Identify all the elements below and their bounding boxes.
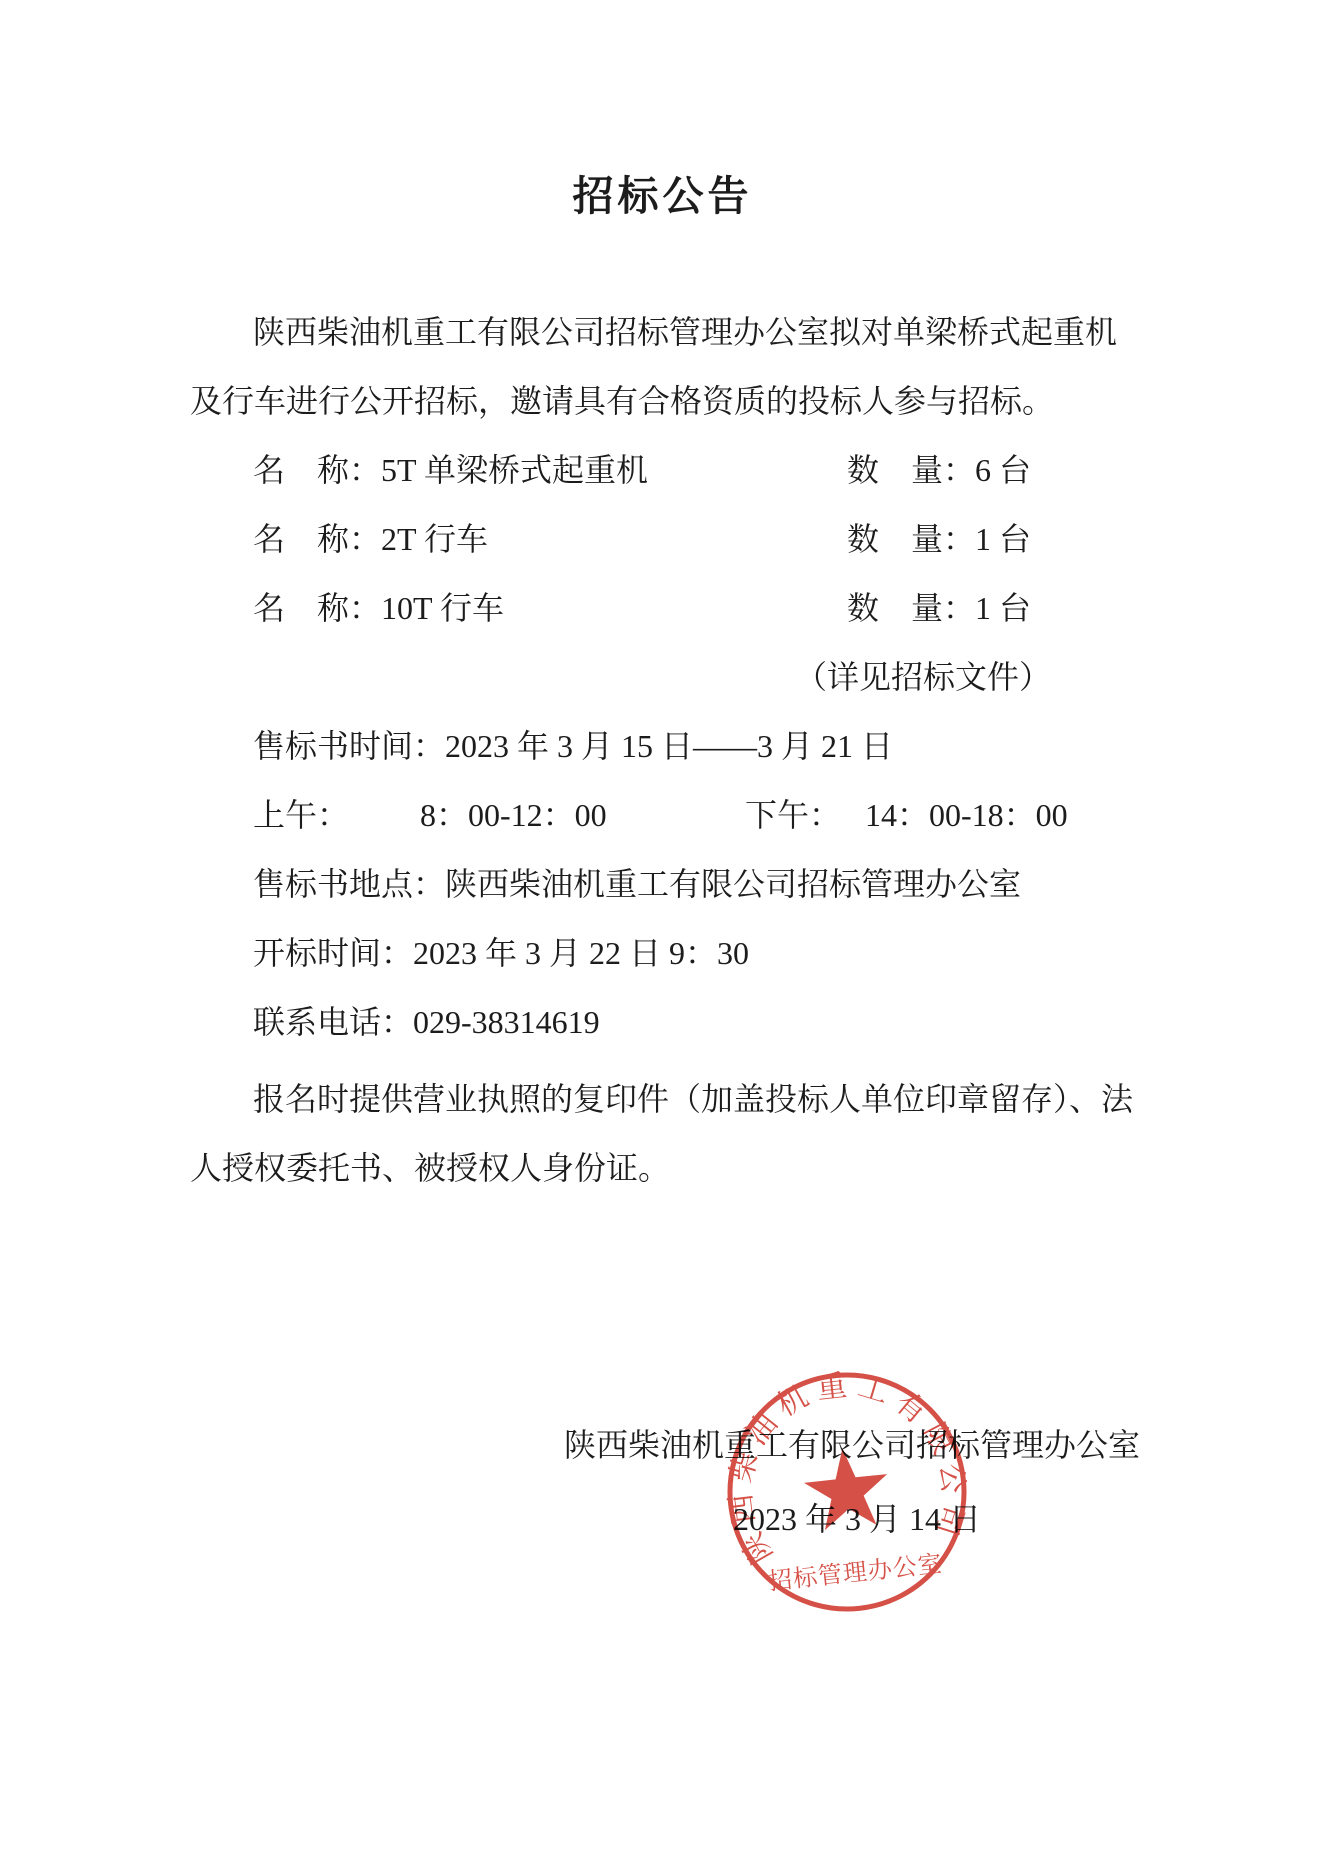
item-name: 名 称：5T 单梁桥式起重机 xyxy=(253,451,648,489)
item-quantity: 数 量：1 台 xyxy=(847,520,1031,558)
item-name: 名 称：10T 行车 xyxy=(253,589,504,627)
morning-label: 上午： xyxy=(253,796,349,834)
morning-time: 8：00-12：00 xyxy=(420,796,607,834)
page-title: 招标公告 xyxy=(190,163,1135,222)
sale-place-line: 售标书地点：陕西柴油机重工有限公司招标管理办公室 xyxy=(253,865,1021,903)
open-time-line: 开标时间：2023 年 3 月 22 日 9：30 xyxy=(253,934,749,972)
official-seal-graphic: 陕西柴油机重工有限公司 招标管理办公室 xyxy=(704,1349,990,1635)
item-name: 名 称：2T 行车 xyxy=(253,520,488,558)
requirements-line-1: 报名时提供营业执照的复印件（加盖投标人单位印章留存）、法 xyxy=(253,1080,1133,1118)
seal-star xyxy=(801,1444,892,1532)
afternoon-label: 下午： xyxy=(745,796,841,834)
intro-line-2: 及行车进行公开招标，邀请具有合格资质的投标人参与招标。 xyxy=(190,382,1054,420)
document-page: 招标公告 陕西柴油机重工有限公司招标管理办公室拟对单梁桥式起重机 及行车进行公开… xyxy=(0,0,1323,1871)
intro-line-1: 陕西柴油机重工有限公司招标管理办公室拟对单梁桥式起重机 xyxy=(253,313,1117,351)
sale-time-line: 售标书时间：2023 年 3 月 15 日——3 月 21 日 xyxy=(253,727,893,765)
official-seal: 陕西柴油机重工有限公司 招标管理办公室 xyxy=(704,1349,990,1635)
see-documents-note: （详见招标文件） xyxy=(795,658,1051,696)
item-quantity: 数 量：1 台 xyxy=(847,589,1031,627)
afternoon-time: 14：00-18：00 xyxy=(865,796,1068,834)
phone-line: 联系电话：029-38314619 xyxy=(253,1003,600,1041)
requirements-line-2: 人授权委托书、被授权人身份证。 xyxy=(190,1149,670,1187)
seal-bottom-text: 招标管理办公室 xyxy=(767,1550,944,1595)
item-quantity: 数 量：6 台 xyxy=(847,451,1031,489)
